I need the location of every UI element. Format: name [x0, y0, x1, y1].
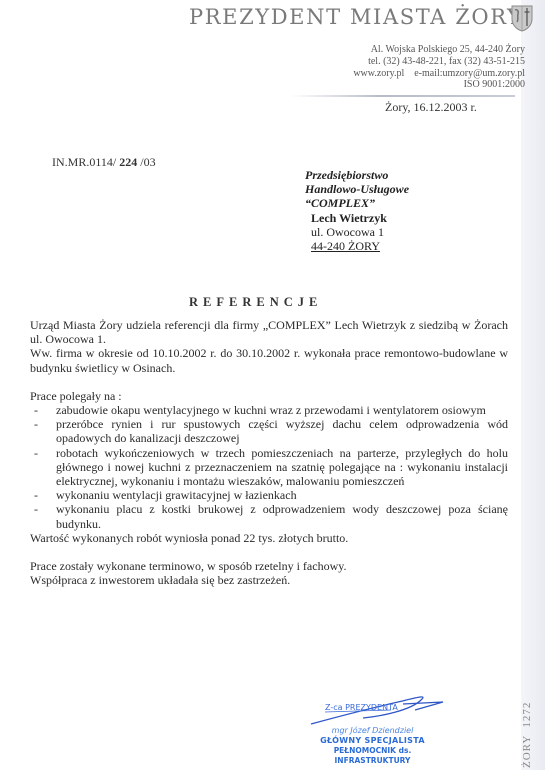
task-item: robotach wykończeniowych w trzech pomies…: [30, 446, 508, 489]
official-stamp: mgr Józef Dziendziel GŁÓWNY SPECJALISTA …: [300, 726, 445, 766]
ref-suffix: /03: [137, 155, 155, 169]
shield-crest-icon: [510, 4, 534, 32]
web-email-line: www.zory.pl e-mail:umzory@um.zory.pl: [353, 68, 525, 80]
closing-line-1: Prace zostały wykonane terminowo, w spos…: [30, 559, 508, 573]
letter-page: PREZYDENT MIASTA ŻORY Al. Wojska Polskie…: [0, 0, 545, 770]
phone-line: tel. (32) 43-48-221, fax (32) 43-51-215: [353, 56, 525, 68]
ref-prefix: IN.MR.0114/: [52, 155, 119, 169]
recipient-street: ul. Owocowa 1: [305, 225, 409, 239]
tasks-label: Prace polegały na :: [30, 389, 508, 403]
task-item: wykonaniu wentylacji grawitacyjnej w łaz…: [30, 488, 508, 502]
task-list: zabudowie okapu wentylacyjnego w kuchni …: [30, 403, 508, 531]
reference-number: IN.MR.0114/ 224 /03: [52, 155, 156, 170]
address-line: Al. Wojska Polskiego 25, 44-240 Żory: [353, 44, 525, 56]
recipient-company-name: “COMPLEX”: [305, 196, 409, 210]
recipient-company-line2: Handlowo-Usługowe: [305, 182, 409, 196]
closing-line-2: Współpraca z inwestorem układała się bez…: [30, 573, 508, 587]
ref-number: 224: [119, 155, 137, 169]
letter-date: Żory, 16.12.2003 r.: [385, 100, 477, 115]
iso-line: ISO 9001:2000: [353, 79, 525, 91]
task-item: wykonaniu placu z kostki brukowej z odpr…: [30, 502, 508, 530]
intro-paragraph: Urząd Miasta Żory udziela referencji dla…: [30, 318, 508, 346]
side-archive-stamp: ŻORY 1272: [521, 702, 533, 768]
recipient-city: 44-240 ŻORY: [311, 239, 380, 253]
letter-body: Urząd Miasta Żory udziela referencji dla…: [30, 318, 508, 587]
stamp-name: mgr Józef Dziendziel: [300, 726, 445, 736]
task-item: przeróbce rynien i rur spustowych części…: [30, 417, 508, 445]
task-item: zabudowie okapu wentylacyjnego w kuchni …: [30, 403, 508, 417]
recipient-company-line1: Przedsiębiorstwo: [305, 168, 409, 182]
recipient-person: Lech Wietrzyk: [305, 211, 409, 225]
document-heading: REFERENCJE: [189, 295, 322, 310]
recipient-address: Przedsiębiorstwo Handlowo-Usługowe “COMP…: [305, 168, 409, 253]
letterhead-title: PREZYDENT MIASTA ŻORY: [189, 5, 522, 29]
period-paragraph: Ww. firma w okresie od 10.10.2002 r. do …: [30, 346, 508, 374]
stamp-role: GŁÓWNY SPECJALISTA: [300, 736, 445, 746]
value-paragraph: Wartość wykonanych robót wyniosła ponad …: [30, 531, 508, 545]
letterhead-address: Al. Wojska Polskiego 25, 44-240 Żory tel…: [353, 44, 525, 91]
header-divider: [290, 95, 515, 97]
stamp-role-2: PEŁNOMOCNIK ds. INFRASTRUKTURY: [300, 746, 445, 766]
scan-edge-strip: [521, 0, 545, 770]
